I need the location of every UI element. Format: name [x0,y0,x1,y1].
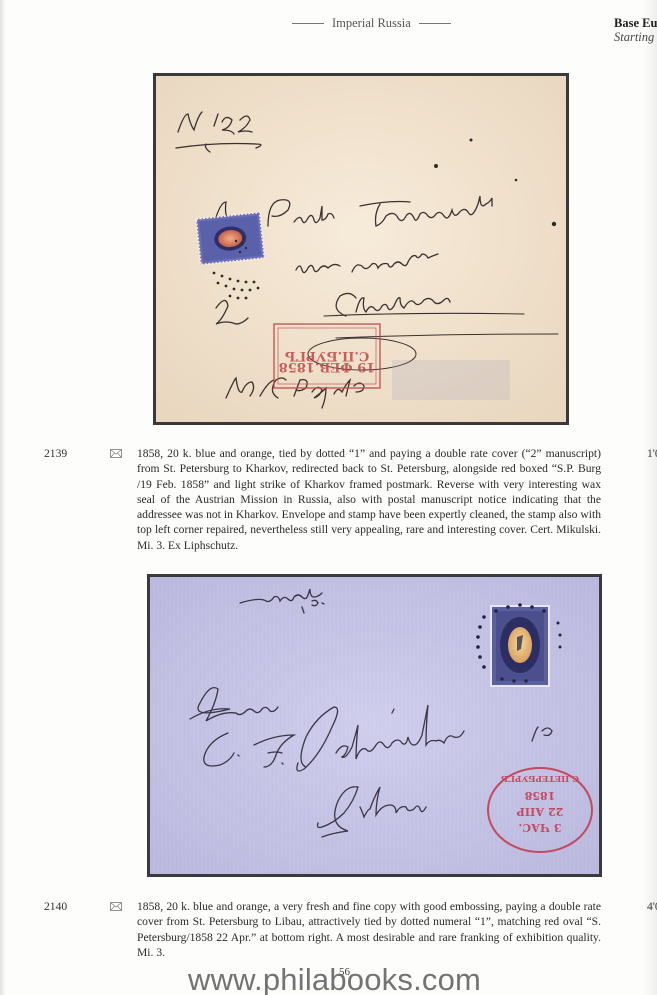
page-number: 56 [339,966,350,978]
lot-2140-cover-image: 3 ЧАС. 22 АПР 1858 С.ПЕТЕРБУРГЪ [147,574,602,877]
lot-starting-price: 1'0 [647,446,657,461]
lot-description: 1858, 20 k. blue and orange, a very fres… [137,899,601,960]
svg-text:С.ПЕТЕРБУРГЪ: С.ПЕТЕРБУРГЪ [501,773,579,783]
envelope-icon [110,449,122,458]
running-header: Imperial Russia [292,16,451,31]
header-rule-left [292,23,324,24]
lot-starting-price: 4'0 [647,899,657,914]
page-edge-shadow [643,0,657,995]
svg-text:19 ФЕВ.1858: 19 ФЕВ.1858 [279,359,376,374]
website-watermark: www.philabooks.com [188,962,481,995]
lot-2139-cover-image: С.П.БУРГЪ 19 ФЕВ.1858 [153,73,569,425]
header-rule-right [419,23,451,24]
price-heading-bold: Base Eu [614,16,657,30]
envelope-icon [110,902,122,911]
lot-description: 1858, 20 k. blue and orange, tied by dot… [137,446,601,553]
running-title: Imperial Russia [332,16,411,31]
cream-envelope-illustration: С.П.БУРГЪ 19 ФЕВ.1858 [156,76,566,422]
svg-text:1858: 1858 [524,789,555,802]
price-column-heading: Base Eu Starting Pric [614,16,657,44]
blue-letter-illustration: 3 ЧАС. 22 АПР 1858 С.ПЕТЕРБУРГЪ [150,577,599,874]
price-heading-italic: Starting Pric [614,30,657,44]
lot-number: 2139 [44,446,67,461]
svg-text:22 АПР: 22 АПР [517,805,564,818]
lot-number: 2140 [44,899,67,914]
page-gutter [0,0,6,995]
svg-text:3 ЧАС.: 3 ЧАС. [518,821,561,834]
